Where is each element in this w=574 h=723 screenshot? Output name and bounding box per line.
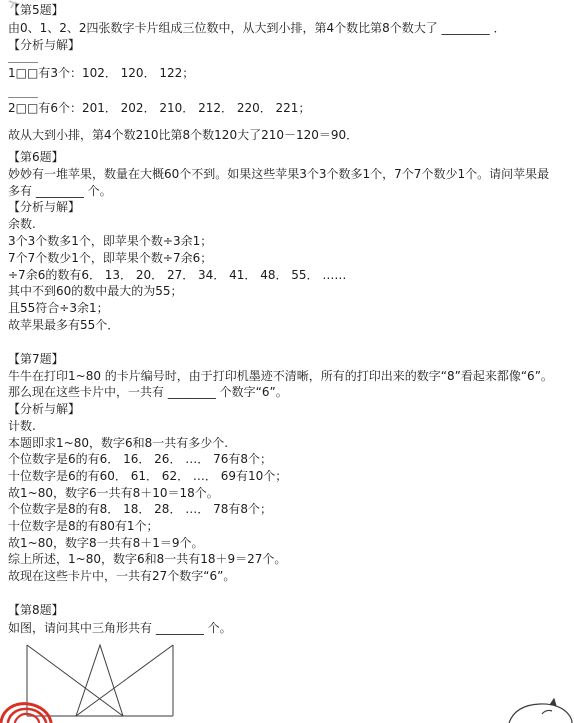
analysis-line: 十位数字是8的有80有1个； [8, 518, 553, 535]
hair-tuft [550, 699, 556, 706]
analysis-line: 十位数字是6的有60． 61． 62． …． 69有10个； [8, 468, 553, 485]
problem-7-analysis-header: 【分析与解】 [8, 401, 553, 418]
cartoon-head-icon [500, 698, 574, 723]
problem-6-statement: 妙妙有一堆苹果，数量在大概60个不到。如果这些苹果3个3个数多1个，7个7个数少… [8, 166, 549, 183]
analysis-line-text: 有6个：201． 202． 210． 212． 220． 221； [38, 101, 310, 115]
analysis-line: 个位数字是8的有8． 18． 28． …． 78有8个； [8, 501, 553, 518]
worksheet-page: { "page": { "background": "#ffffff", "te… [0, 0, 574, 723]
analysis-line: 故1~80，数字6一共有8＋10＝18个。 [8, 485, 553, 502]
analysis-line: 综上所述，1~80，数字6和8一共有18＋9＝27个。 [8, 551, 553, 568]
problem-8-header: 【第8题】 [8, 602, 232, 620]
problem-6-section: 【第6题】 妙妙有一堆苹果，数量在大概60个不到。如果这些苹果3个3个数多1个，… [8, 149, 549, 334]
analysis-line: 7个7个数少1个，即苹果个数÷7余6； [8, 250, 549, 267]
analysis-line: 2□□有6个：201． 202． 210． 212． 220． 221； [8, 97, 505, 118]
analysis-line: 余数. [8, 216, 549, 233]
problem-7-header: 【第7题】 [8, 351, 553, 368]
problem-5-statement: 由0、1、2、2四张数字卡片组成三位数中，从大到小排，第4个数比第8个数大了 _… [8, 20, 505, 38]
problem-6-analysis-header: 【分析与解】 [8, 199, 549, 216]
problem-8-statement: 如图，请问其中三角形共有 ________ 个。 [8, 620, 232, 638]
analysis-line: 故苹果最多有55个． [8, 317, 549, 334]
eyebrow-line [542, 710, 552, 714]
overlined-digit-pattern: 1□□ [8, 62, 38, 83]
analysis-line-text: 有3个：102． 120． 122； [38, 66, 194, 80]
problem-7-statement: 牛牛在打印1~80 的卡片编号时，由于打印机墨迹不清晰，所有的打印出来的数字“8… [8, 368, 553, 385]
analysis-line: 3个3个数多1个，即苹果个数÷3余1； [8, 233, 549, 250]
analysis-line: ÷7余6的数有6． 13． 20． 27． 34． 41． 48． 55． …… [8, 267, 549, 284]
problem-7-section: 【第7题】 牛牛在打印1~80 的卡片编号时，由于打印机墨迹不清晰，所有的打印出… [8, 351, 553, 585]
analysis-line: 计数. [8, 418, 553, 435]
figure-middle-triangle [76, 645, 123, 716]
red-stamp-arcs [0, 697, 64, 723]
cartoon-head-sketch [500, 698, 574, 723]
figure-diagonal-right [76, 645, 173, 716]
problem-5-section: 【第5题】 由0、1、2、2四张数字卡片组成三位数中，从大到小排，第4个数比第8… [8, 2, 505, 144]
problem-5-header: 【第5题】 [8, 2, 505, 20]
problem-7-statement: 那么现在这些卡片中，一共有 ________ 个数字“6”。 [8, 384, 553, 401]
analysis-line: 故1~80，数字8一共有8＋1＝9个。 [8, 535, 553, 552]
problem-6-header: 【第6题】 [8, 149, 549, 166]
analysis-line: 1□□有3个：102． 120． 122； [8, 62, 505, 83]
analysis-line: 故现在这些卡片中，一共有27个数字“6”。 [8, 568, 553, 585]
analysis-line: 故从大到小排，第4个数210比第8个数120大了210－120＝90． [8, 127, 505, 145]
problem-8-section: 【第8题】 如图，请问其中三角形共有 ________ 个。 [8, 602, 232, 637]
analysis-line: 其中不到60的数中最大的为55； [8, 283, 549, 300]
problem-5-analysis-header: 【分析与解】 [8, 37, 505, 55]
analysis-line: 个位数字是6的有6． 16． 26． …． 76有8个； [8, 451, 553, 468]
overlined-digit-pattern: 2□□ [8, 97, 38, 118]
stamp-icon [0, 697, 64, 723]
problem-6-statement: 多有 ________ 个。 [8, 183, 549, 200]
analysis-line: 本题即求1~80，数字6和8一共有多少个. [8, 435, 553, 452]
analysis-line: 且55符合÷3余1； [8, 300, 549, 317]
